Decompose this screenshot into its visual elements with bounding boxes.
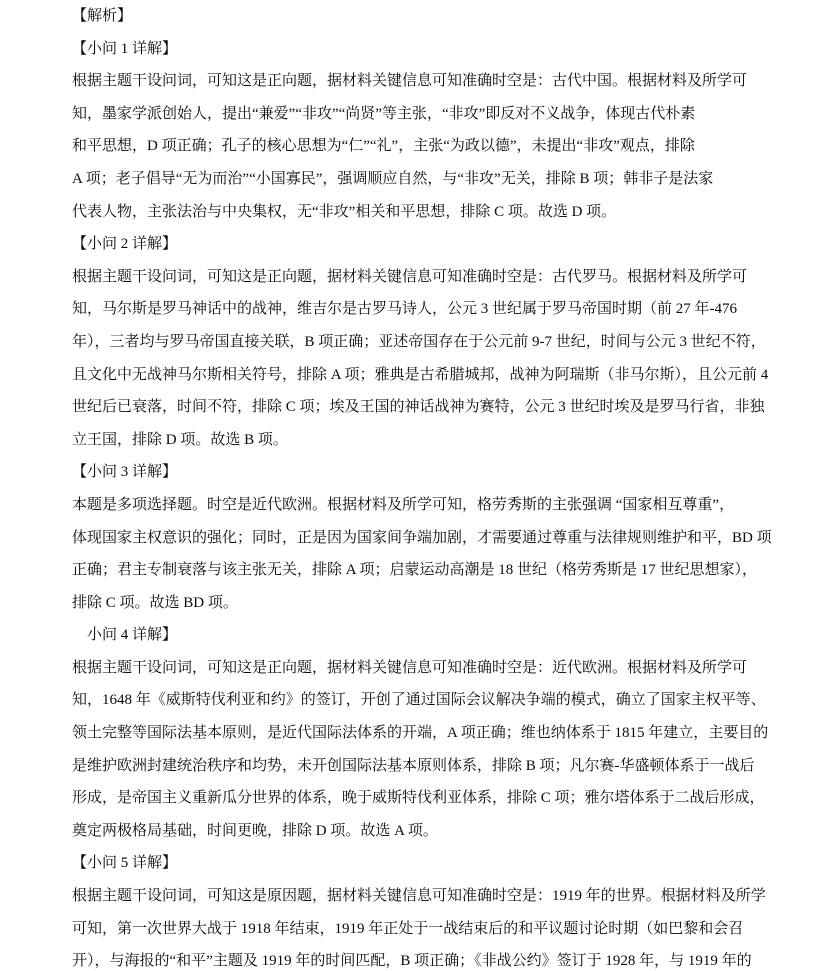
text-line: 年），三者均与罗马帝国直接关联，B 项正确；亚述帝国存在于公元前 9-7 世纪，…	[72, 326, 758, 359]
text-line: 是维护欧洲封建统治秩序和均势，未开创国际法基本原则体系，排除 B 项；凡尔赛-华…	[72, 750, 758, 783]
text-line: 和平思想，D 项正确；孔子的核心思想为“仁”“礼”，主张“为政以德”，未提出“非…	[72, 130, 758, 163]
text-line: 知，马尔斯是罗马神话中的战神，维吉尔是古罗马诗人，公元 3 世纪属于罗马帝国时期…	[72, 293, 758, 326]
text-line: 根据主题干设问词，可知这是正向题，据材料关键信息可知准确时空是：近代欧洲。根据材…	[72, 652, 758, 685]
text-line: 知，1648 年《威斯特伐利亚和约》的签订，开创了通过国际会议解决争端的模式，确…	[72, 684, 758, 717]
text-line: 体现国家主权意识的强化；同时，正是因为国家间争端加剧，才需要通过尊重与法律规则维…	[72, 522, 758, 555]
text-line: 知，墨家学派创始人，提出“兼爱”“非攻”“尚贤”等主张，“非攻”即反对不义战争，…	[72, 98, 758, 131]
text-line: 根据主题干设问词，可知这是正向题，据材料关键信息可知准确时空是：古代中国。根据材…	[72, 65, 758, 98]
section-heading: 【小问 1 详解】	[72, 33, 758, 66]
text-line: 且文化中无战神马尔斯相关符号，排除 A 项；雅典是古希腊城邦，战神为阿瑞斯（非马…	[72, 359, 758, 392]
section-heading: 小问 4 详解】	[72, 619, 758, 652]
text-line: A 项；老子倡导“无为而治”“小国寡民”，强调顺应自然，与“非攻”无关，排除 B…	[72, 163, 758, 196]
analysis-heading: 【解析】	[72, 0, 758, 33]
text-line: 根据主题干设问词，可知这是正向题，据材料关键信息可知准确时空是：古代罗马。根据材…	[72, 261, 758, 294]
text-line: 排除 C 项。故选 BD 项。	[72, 587, 758, 620]
text-line: 世纪后已衰落，时间不符，排除 C 项；埃及王国的神话战神为赛特，公元 3 世纪时…	[72, 391, 758, 424]
section-heading: 【小问 2 详解】	[72, 228, 758, 261]
text-line: 正确；君主专制衰落与该主张无关，排除 A 项；启蒙运动高潮是 18 世纪（格劳秀…	[72, 554, 758, 587]
text-line: 可知，第一次世界大战于 1918 年结束，1919 年正处于一战结束后的和平议题…	[72, 913, 758, 946]
text-line: 形成，是帝国主义重新瓜分世界的体系，晚于威斯特伐利亚体系，排除 C 项；雅尔塔体…	[72, 782, 758, 815]
text-line: 领土完整等国际法基本原则，是近代国际法体系的开端，A 项正确；维也纳体系于 18…	[72, 717, 758, 750]
section-heading: 【小问 5 详解】	[72, 847, 758, 880]
text-line: 开），与海报的“和平”主题及 1919 年的时间匹配，B 项正确；《非战公约》签…	[72, 945, 758, 971]
text-line: 代表人物，主张法治与中央集权，无“非攻”相关和平思想，排除 C 项。故选 D 项…	[72, 196, 758, 229]
section-heading: 【小问 3 详解】	[72, 456, 758, 489]
document-sections: 【小问 1 详解】根据主题干设问词，可知这是正向题，据材料关键信息可知准确时空是…	[72, 33, 758, 971]
text-line: 根据主题干设问词，可知这是原因题，据材料关键信息可知准确时空是：1919 年的世…	[72, 880, 758, 913]
text-line: 奠定两极格局基础，时间更晚，排除 D 项。故选 A 项。	[72, 815, 758, 848]
text-line: 立王国，排除 D 项。故选 B 项。	[72, 424, 758, 457]
document-page: 【解析】 【小问 1 详解】根据主题干设问词，可知这是正向题，据材料关键信息可知…	[0, 0, 828, 971]
text-line: 本题是多项选择题。时空是近代欧洲。根据材料及所学可知，格劳秀斯的主张强调 “国家…	[72, 489, 758, 522]
